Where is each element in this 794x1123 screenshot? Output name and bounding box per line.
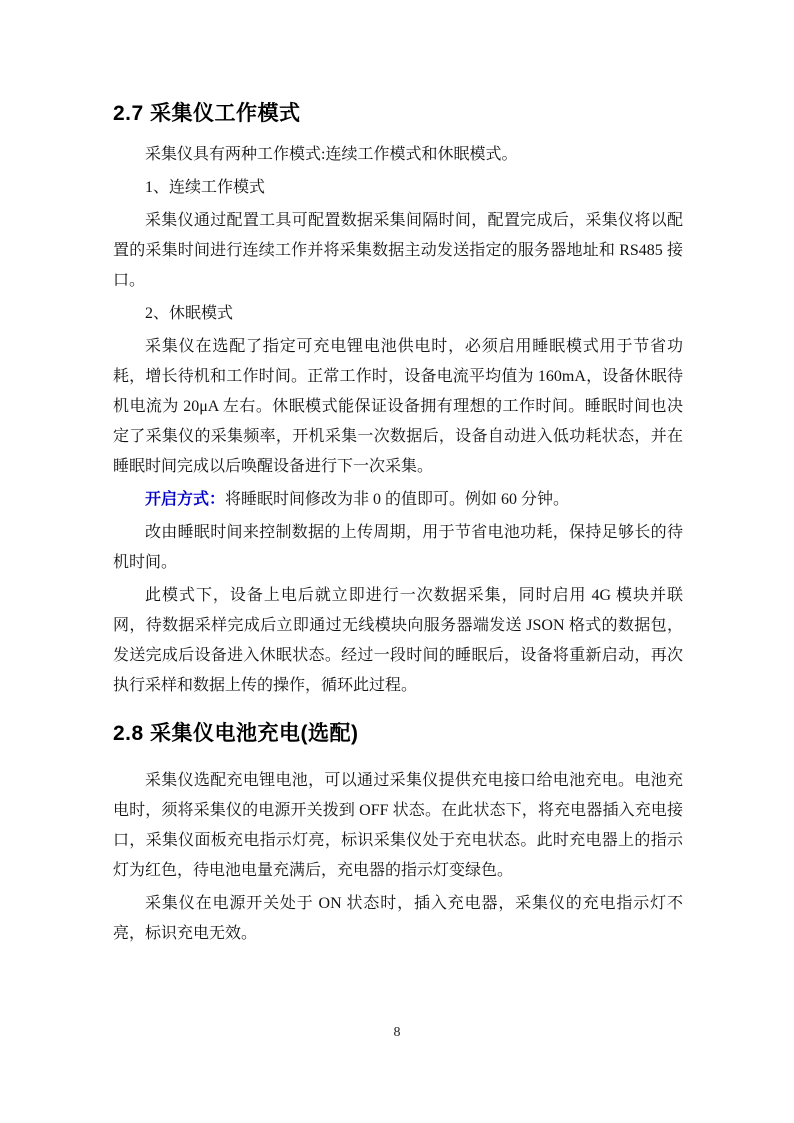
list-item-continuous-mode-title: 1、连续工作模式 xyxy=(113,173,683,203)
list-item-sleep-mode-title: 2、休眠模式 xyxy=(113,299,683,329)
paragraph-upload-period: 改由睡眠时间来控制数据的上传周期，用于节省电池功耗，保持足够长的待机时间。 xyxy=(113,518,683,578)
page-content: 2.7 采集仪工作模式 采集仪具有两种工作模式:连续工作模式和休眠模式。 1、连… xyxy=(113,100,683,952)
document-page: 2.7 采集仪工作模式 采集仪具有两种工作模式:连续工作模式和休眠模式。 1、连… xyxy=(0,0,794,1123)
paragraph-enable-method: 开启方式：将睡眠时间修改为非 0 的值即可。例如 60 分钟。 xyxy=(113,485,683,515)
paragraph-modes-intro: 采集仪具有两种工作模式:连续工作模式和休眠模式。 xyxy=(113,140,683,170)
enable-method-label: 开启方式： xyxy=(145,491,225,508)
section-heading-2-7: 2.7 采集仪工作模式 xyxy=(113,100,683,127)
paragraph-sleep-mode: 采集仪在选配了指定可充电锂电池供电时，必须启用睡眠模式用于节省功耗，增长待机和工… xyxy=(113,332,683,482)
paragraph-charging-invalid: 采集仪在电源开关处于 ON 状态时，插入充电器，采集仪的充电指示灯不亮，标识充电… xyxy=(113,889,683,949)
section-heading-2-8: 2.8 采集仪电池充电(选配) xyxy=(113,720,683,747)
enable-method-text: 将睡眠时间修改为非 0 的值即可。例如 60 分钟。 xyxy=(225,491,569,508)
paragraph-battery-charging: 采集仪选配充电锂电池，可以通过采集仪提供充电接口给电池充电。电池充电时，须将采集… xyxy=(113,766,683,886)
page-number: 8 xyxy=(394,1025,401,1040)
paragraph-sleep-cycle: 此模式下，设备上电后就立即进行一次数据采集，同时启用 4G 模块并联网，待数据采… xyxy=(113,581,683,701)
page-footer: 8 xyxy=(0,1023,794,1041)
paragraph-continuous-mode: 采集仪通过配置工具可配置数据采集间隔时间，配置完成后，采集仪将以配置的采集时间进… xyxy=(113,206,683,296)
